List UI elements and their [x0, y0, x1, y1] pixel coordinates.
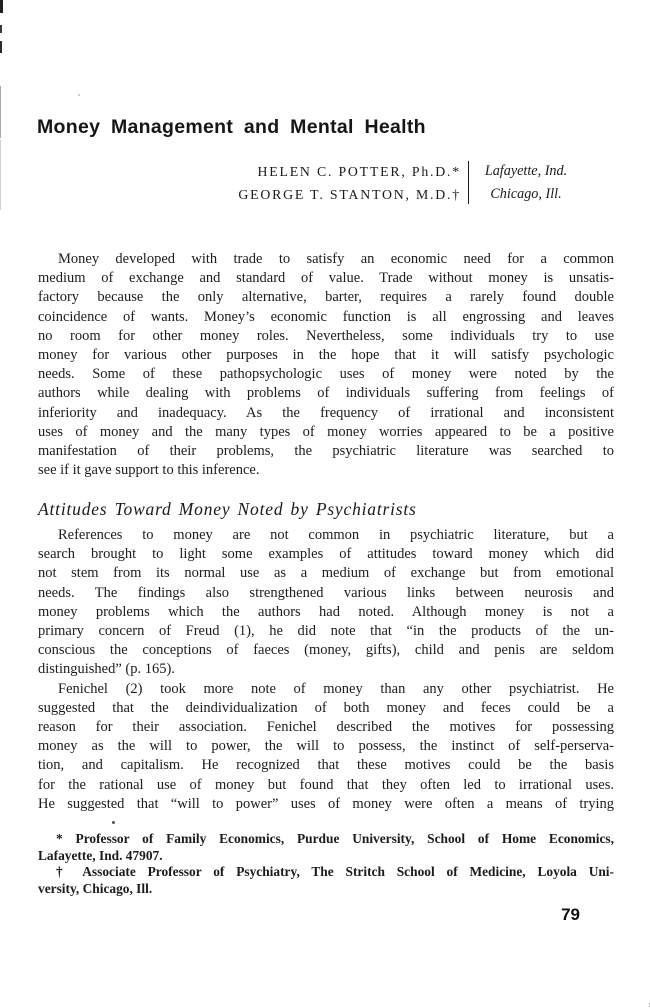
- text-line: no room for other money roles. Neverthel…: [38, 327, 614, 346]
- scan-artifact: [0, 25, 2, 33]
- text-line: search brought to light some examples of…: [38, 545, 614, 564]
- paragraph-references: References to money are not common in ps…: [38, 526, 614, 680]
- scan-speck: [78, 94, 80, 96]
- footnote-stanton: † Associate Professor of Psychiatry, The…: [38, 864, 614, 897]
- scan-artifact: [0, 41, 2, 53]
- text-line: needs. Some of these pathopsychologic us…: [38, 365, 614, 384]
- author-affiliations: Lafayette, Ind. Chicago, Ill.: [468, 160, 584, 206]
- section-heading: Attitudes Toward Money Noted by Psychiat…: [38, 499, 417, 520]
- text-line: coincidence of wants. Money’s economic f…: [38, 308, 614, 327]
- text-line: † Associate Professor of Psychiatry, The…: [38, 864, 614, 881]
- text-line: inferiority and inadequacy. As the frequ…: [38, 404, 614, 423]
- footnote-potter: * Professor of Family Economics, Purdue …: [38, 831, 614, 864]
- text-line: not stem from its normal use as a medium…: [38, 564, 614, 583]
- text-line: distinguished” (p. 165).: [38, 660, 614, 679]
- paragraph-fenichel: Fenichel (2) took more note of money tha…: [38, 680, 614, 814]
- page-title: Money Management and Mental Health: [37, 116, 426, 139]
- author-location: Chicago, Ill.: [468, 183, 584, 206]
- text-line: reason for their association. Fenichel d…: [38, 718, 614, 737]
- author-names: HELEN C. POTTER, Ph.D.* GEORGE T. STANTO…: [0, 160, 461, 206]
- page-number: 79: [561, 905, 580, 925]
- author-name: GEORGE T. STANTON, M.D.†: [0, 183, 461, 206]
- text-line: medium of exchange and standard of value…: [38, 269, 614, 288]
- text-line: see if it gave support to this inference…: [38, 461, 614, 480]
- document-page: Money Management and Mental Health HELEN…: [0, 0, 650, 1008]
- text-line: uses of money and the many types of mone…: [38, 423, 614, 442]
- text-line: Fenichel (2) took more note of money tha…: [38, 680, 614, 699]
- text-line: authors while dealing with problems of i…: [38, 384, 614, 403]
- scan-artifact: [0, 0, 3, 13]
- text-line: Money developed with trade to satisfy an…: [38, 250, 614, 269]
- paragraph-intro: Money developed with trade to satisfy an…: [38, 250, 614, 480]
- scan-artifact: [0, 86, 1, 138]
- author-location: Lafayette, Ind.: [468, 160, 584, 183]
- text-line: for the rational use of money but found …: [38, 776, 614, 795]
- text-line: He suggested that “will to power” uses o…: [38, 795, 614, 814]
- text-line: factory because the only alternative, ba…: [38, 288, 614, 307]
- text-line: suggested that the deindividualization o…: [38, 699, 614, 718]
- text-line: Lafayette, Ind. 47907.: [38, 848, 614, 865]
- text-line: money problems which the authors had not…: [38, 603, 614, 622]
- text-line: primary concern of Freud (1), he did not…: [38, 622, 614, 641]
- text-line: conscious the conceptions of faeces (mon…: [38, 641, 614, 660]
- scan-speck: [112, 821, 115, 824]
- text-line: * Professor of Family Economics, Purdue …: [38, 831, 614, 848]
- section-body: References to money are not common in ps…: [38, 526, 614, 814]
- text-line: money for various other purposes in the …: [38, 346, 614, 365]
- author-name: HELEN C. POTTER, Ph.D.*: [0, 160, 461, 183]
- text-line: needs. The findings also strengthened va…: [38, 584, 614, 603]
- text-line: manifestation of their problems, the psy…: [38, 442, 614, 461]
- text-line: References to money are not common in ps…: [38, 526, 614, 545]
- footnotes: * Professor of Family Economics, Purdue …: [38, 831, 614, 897]
- text-line: versity, Chicago, Ill.: [38, 881, 614, 898]
- text-line: tion, and capitalism. He recognized that…: [38, 756, 614, 775]
- text-line: money as the will to power, the will to …: [38, 737, 614, 756]
